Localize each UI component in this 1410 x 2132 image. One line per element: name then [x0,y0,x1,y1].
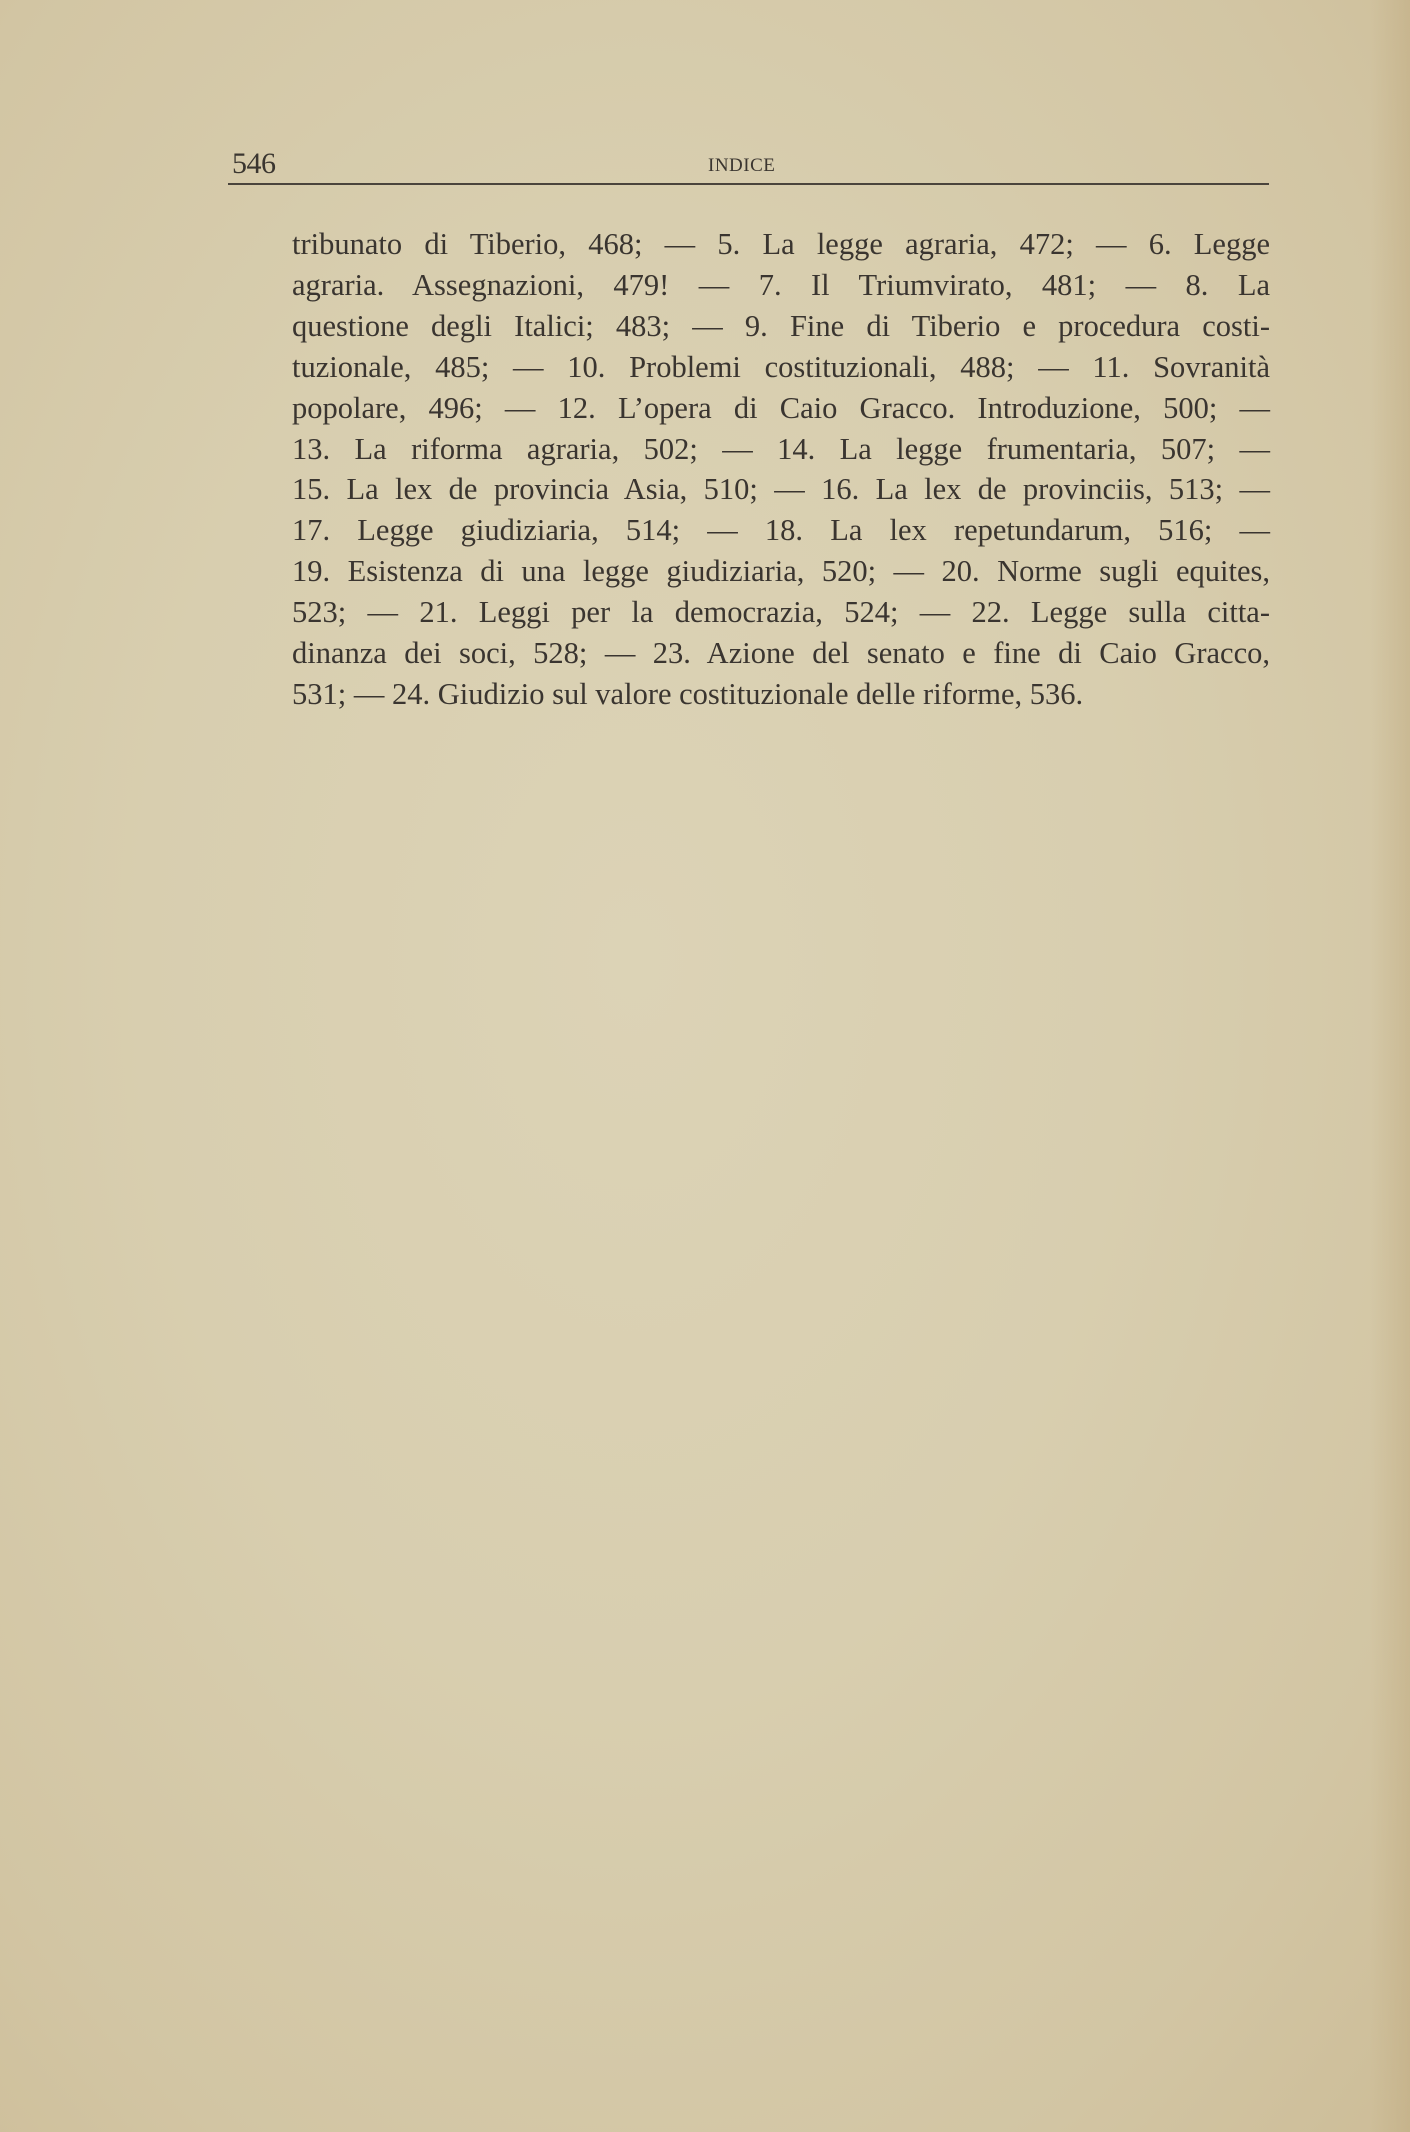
text-line: tribunato di Tiberio, 468; — 5. La legge… [292,224,1270,265]
text-line: dinanza dei soci, 528; — 23. Azione del … [292,633,1270,674]
text-line: 523; — 21. Leggi per la democrazia, 524;… [292,592,1270,633]
book-page: 546 INDICE tribunato di Tiberio, 468; — … [0,0,1410,2132]
text-line: agraria. Assegnazioni, 479! — 7. Il Triu… [292,265,1270,306]
running-title: INDICE [708,155,775,177]
page-edge-shadow [1370,0,1410,2132]
running-head: 546 INDICE [228,143,1269,183]
text-line: 13. La riforma agraria, 502; — 14. La le… [292,429,1270,470]
text-line: 531; — 24. Giudizio sul valore costituzi… [292,674,1270,715]
header-rule [228,183,1269,185]
text-line: 17. Legge giudiziaria, 514; — 18. La lex… [292,510,1270,551]
index-text-block: tribunato di Tiberio, 468; — 5. La legge… [292,224,1270,715]
text-line: 19. Esistenza di una legge giudiziaria, … [292,551,1270,592]
text-line: tuzionale, 485; — 10. Problemi costituzi… [292,347,1270,388]
page-number: 546 [232,147,276,181]
text-line: questione degli Italici; 483; — 9. Fine … [292,306,1270,347]
text-line: popolare, 496; — 12. L’opera di Caio Gra… [292,388,1270,429]
text-line: 15. La lex de provincia Asia, 510; — 16.… [292,469,1270,510]
